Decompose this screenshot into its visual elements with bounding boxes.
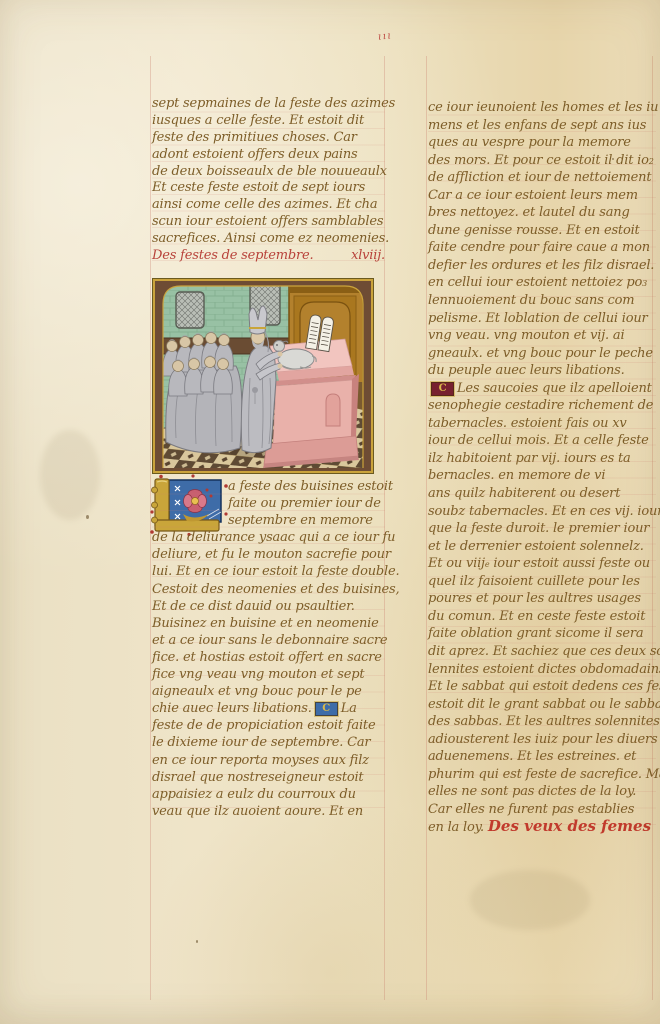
text-line: faite cendre pour faire caue a mon bbox=[428, 239, 656, 257]
text-line: ainsi come celle des azimes. Et cha bbox=[152, 197, 385, 214]
body-text: senophegie cestadire richement de bbox=[428, 397, 653, 415]
text-line: disrael que nostreseigneur estoit bbox=[152, 769, 385, 786]
text-line: Des festes de septembre.xlviij. bbox=[152, 248, 385, 265]
body-text: Et ou viij bbox=[428, 555, 485, 573]
body-text: dit aprez. Et sachiez que ces deux so bbox=[428, 643, 660, 661]
body-text: tabernacles. estoient fais ou xv bbox=[428, 415, 627, 433]
body-text: que la feste duroit. le premier iour bbox=[428, 520, 649, 538]
text-line: Et de ce dist dauid ou psaultier. bbox=[152, 598, 385, 615]
body-text: ilz habitoient par vij. iours es ta bbox=[428, 450, 631, 468]
text-line: lennites estoient dictes obdomadains bbox=[428, 661, 656, 679]
text-line: Et le sabbat qui estoit dedens ces feste… bbox=[428, 678, 656, 696]
paragraph-mark: C bbox=[315, 702, 338, 716]
body-text: deliure, et fu le mouton sacrefie pour bbox=[152, 546, 391, 563]
parchment-smudge bbox=[470, 870, 590, 930]
text-line: pelisme. Et loblation de cellui iour bbox=[428, 310, 656, 328]
body-text: bres nettoyez. et lautel du sang bbox=[428, 204, 630, 222]
parchment-speck bbox=[86, 515, 89, 519]
body-text: estoit dit le grant sabbat ou le sabbat bbox=[428, 696, 660, 714]
text-line: dit aprez. Et sachiez que ces deux so bbox=[428, 643, 656, 661]
body-text: pelisme. Et loblation de cellui iour bbox=[428, 310, 648, 328]
body-text: bernacles. en memore de vi bbox=[428, 467, 605, 485]
body-text: le dixieme iour de septembre. Car bbox=[152, 734, 370, 751]
text-line: lennuoiement du bouc sans com bbox=[428, 292, 656, 310]
text-line: de deux boisseaulx de ble nouueaulx bbox=[152, 164, 385, 181]
body-text: soubz tabernacles. Et en ces vij. iours bbox=[428, 503, 660, 521]
rubric-text: Des festes de septembre. bbox=[152, 248, 313, 265]
text-line: Cestoit des neomenies et des buisines, bbox=[152, 581, 385, 598]
text-line: ques au vespre pour la memore bbox=[428, 134, 656, 152]
body-text: et le derrenier estoient solennelz. bbox=[428, 538, 644, 556]
body-text: appaisiez a eulz du courroux du bbox=[152, 786, 356, 803]
text-line: ce iour ieunoient les homes et les iu bbox=[428, 99, 656, 117]
body-text: phurim qui est feste de sacrefice. Mais bbox=[428, 766, 660, 784]
body-text: Les saucoies que ilz apelloient bbox=[457, 380, 652, 398]
left-column-top-text: sept sepmaines de la feste des azimesius… bbox=[152, 96, 385, 265]
body-text: adont estoient offers deux pains bbox=[152, 147, 358, 164]
body-text: aigneaulx et vng bouc pour le pe bbox=[152, 683, 362, 700]
body-text: ques au vespre pour la memore bbox=[428, 134, 631, 152]
text-line: tabernacles. estoient fais ou xv bbox=[428, 415, 656, 433]
text-line: bernacles. en memore de vi bbox=[428, 467, 656, 485]
folio-mark: ııı bbox=[377, 30, 392, 42]
text-line: feste de de propiciation estoit faite bbox=[152, 717, 385, 734]
body-text: poures et pour les aultres usages bbox=[428, 590, 641, 608]
body-text: Cestoit des neomenies et des buisines, bbox=[152, 581, 399, 598]
parchment-smudge bbox=[40, 430, 100, 520]
body-text: feste de de propiciation estoit faite bbox=[152, 717, 375, 734]
body-text: lennuoiement du bouc sans com bbox=[428, 292, 634, 310]
text-line: ans quilz habiterent ou desert bbox=[428, 485, 656, 503]
text-line: sept sepmaines de la feste des azimes bbox=[152, 96, 385, 113]
body-text: Et le sabbat qui estoit dedens ces feste… bbox=[428, 678, 660, 696]
text-line: et le derrenier estoient solennelz. bbox=[428, 538, 656, 556]
text-line: des mors. Et pour ce estoit il dit io2 bbox=[428, 152, 656, 170]
text-line: Buisinez en buisine et en neomenie bbox=[152, 615, 385, 632]
text-line: phurim qui est feste de sacrefice. Mais bbox=[428, 766, 656, 784]
text-line: vng veau. vng mouton et vij. ai bbox=[428, 327, 656, 345]
text-line: estoit dit le grant sabbat ou le sabbat bbox=[428, 696, 656, 714]
body-text: faite ou premier iour de bbox=[228, 495, 381, 512]
text-line: CLes saucoies que ilz apelloient bbox=[428, 380, 656, 398]
text-line: dune genisse rousse. Et en estoit bbox=[428, 222, 656, 240]
text-line: appaisiez a eulz du courroux du bbox=[152, 786, 385, 803]
body-text: elles ne sont pas dictes de la loy. bbox=[428, 783, 636, 801]
text-line: feste des primitiues choses. Car bbox=[152, 130, 385, 147]
body-text: fice. et hostias estoit offert en sacre bbox=[152, 649, 382, 666]
text-line: du comun. Et en ceste feste estoit bbox=[428, 608, 656, 626]
body-text: iusques a celle feste. Et estoit dit bbox=[152, 113, 364, 130]
text-line: de la deliurance ysaac qui a ce iour fu bbox=[152, 529, 385, 546]
text-line: senophegie cestadire richement de bbox=[428, 397, 656, 415]
text-line: fice vng veau vng mouton et sept bbox=[152, 666, 385, 683]
body-text: du comun. Et en ceste feste estoit bbox=[428, 608, 645, 626]
paragraph-mark: C bbox=[431, 382, 454, 396]
text-line: soubz tabernacles. Et en ces vij. iours bbox=[428, 503, 656, 521]
text-line: le dixieme iour de septembre. Car bbox=[152, 734, 385, 751]
text-line: de affliction et iour de nettoiement bbox=[428, 169, 656, 187]
text-line: Et ceste feste estoit de sept iours bbox=[152, 180, 385, 197]
rubric-text: xlviij. bbox=[351, 248, 385, 265]
text-line: mens et les enfans de sept ans ius bbox=[428, 117, 656, 135]
body-text: ainsi come celle des azimes. Et cha bbox=[152, 197, 377, 214]
text-line: elles ne sont pas dictes de la loy. bbox=[428, 783, 656, 801]
body-text: mens et les enfans de sept ans ius bbox=[428, 117, 646, 135]
body-text: Et ceste feste estoit de sept iours bbox=[152, 180, 365, 197]
body-text: lennites estoient dictes obdomadains bbox=[428, 661, 660, 679]
manuscript-page: ııı sept sepmaines de la feste des azime… bbox=[0, 0, 660, 1024]
text-line: Car elles ne furent pas establies bbox=[428, 801, 656, 819]
body-text: sacrefices. Ainsi come ez neomenies. bbox=[152, 231, 389, 248]
body-text: iour estoit aussi feste ou bbox=[489, 555, 650, 573]
body-text: La bbox=[341, 700, 357, 717]
text-line: iusques a celle feste. Et estoit dit bbox=[152, 113, 385, 130]
body-text: aduenemens. Et les estreines. et bbox=[428, 748, 636, 766]
text-line: gneaulx. et vng bouc pour le peche bbox=[428, 345, 656, 363]
body-text: adiousterent les iuiz pour les diuers bbox=[428, 731, 658, 749]
body-text: quel ilz faisoient cuillete pour les bbox=[428, 573, 640, 591]
text-line: fice. et hostias estoit offert en sacre bbox=[152, 649, 385, 666]
text-line: faite ou premier iour de bbox=[152, 495, 385, 512]
body-text: des sabbas. Et les aultres solennites bbox=[428, 713, 660, 731]
parchment-speck bbox=[196, 940, 198, 943]
body-text: de la deliurance ysaac qui a ce iour fu bbox=[152, 529, 395, 546]
text-line: lui. Et en ce iour estoit la feste doubl… bbox=[152, 563, 385, 580]
ruling-line bbox=[426, 56, 427, 1000]
rubric-text: Des veux des femes bbox=[488, 818, 651, 836]
body-text: a feste des buisines estoit bbox=[228, 478, 393, 495]
body-text: scun iour estoient offers samblables bbox=[152, 214, 383, 231]
text-line: du peuple auec leurs libations. bbox=[428, 362, 656, 380]
body-text: des mors. Et pour ce estoit il dit io bbox=[428, 152, 649, 170]
text-line: Et ou viije iour estoit aussi feste ou bbox=[428, 555, 656, 573]
body-text: dune genisse rousse. Et en estoit bbox=[428, 222, 640, 240]
window-left bbox=[176, 292, 204, 328]
body-text: en ce iour reporta moyses aux filz bbox=[152, 752, 369, 769]
text-line: scun iour estoient offers samblables bbox=[152, 214, 385, 231]
body-text: chie auec leurs libations. bbox=[152, 700, 312, 717]
body-text: du peuple auec leurs libations. bbox=[428, 362, 625, 380]
body-text: sept sepmaines de la feste des azimes bbox=[152, 96, 395, 113]
text-line: quel ilz faisoient cuillete pour les bbox=[428, 573, 656, 591]
body-text: Buisinez en buisine et en neomenie bbox=[152, 615, 379, 632]
body-text: veau que ilz auoient aoure. Et en bbox=[152, 803, 363, 820]
text-line: adont estoient offers deux pains bbox=[152, 147, 385, 164]
text-line: des sabbas. Et les aultres solennites bbox=[428, 713, 656, 731]
text-line: faite oblation grant sicome il sera bbox=[428, 625, 656, 643]
text-line: en ce iour reporta moyses aux filz bbox=[152, 752, 385, 769]
text-line: iour de cellui mois. Et a celle feste bbox=[428, 432, 656, 450]
body-text: Car a ce iour estoient leurs mem bbox=[428, 187, 638, 205]
text-line: bres nettoyez. et lautel du sang bbox=[428, 204, 656, 222]
text-line: ilz habitoient par vij. iours es ta bbox=[428, 450, 656, 468]
body-text: en cellui iour estoient nettoiez po bbox=[428, 274, 642, 292]
body-text: en la loy. bbox=[428, 819, 488, 837]
body-text: feste des primitiues choses. Car bbox=[152, 130, 357, 147]
body-text: Et de ce dist dauid ou psaultier. bbox=[152, 598, 355, 615]
text-line: adiousterent les iuiz pour les diuers bbox=[428, 731, 656, 749]
left-column-body-text: a feste des buisines estoitfaite ou prem… bbox=[152, 478, 385, 820]
text-line: et a ce iour sans le debonnaire sacre bbox=[152, 632, 385, 649]
body-text: de deux boisseaulx de ble nouueaulx bbox=[152, 164, 387, 181]
parchment-speck bbox=[612, 158, 614, 160]
body-text: lui. Et en ce iour estoit la feste doubl… bbox=[152, 563, 399, 580]
text-line: a feste des buisines estoit bbox=[152, 478, 385, 495]
body-text: faite oblation grant sicome il sera bbox=[428, 625, 643, 643]
text-line: aduenemens. Et les estreines. et bbox=[428, 748, 656, 766]
text-line: aigneaulx et vng bouc pour le pe bbox=[152, 683, 385, 700]
miniature-painting bbox=[152, 278, 374, 474]
text-line: que la feste duroit. le premier iour bbox=[428, 520, 656, 538]
body-text: gneaulx. et vng bouc pour le peche bbox=[428, 345, 653, 363]
text-line: sacrefices. Ainsi come ez neomenies. bbox=[152, 231, 385, 248]
body-text: iour de cellui mois. Et a celle feste bbox=[428, 432, 649, 450]
text-line: en la loy. Des veux des femes bbox=[428, 818, 656, 836]
body-text: ans quilz habiterent ou desert bbox=[428, 485, 620, 503]
text-line: deliure, et fu le mouton sacrefie pour bbox=[152, 546, 385, 563]
right-column-text: ce iour ieunoient les homes et les iumen… bbox=[428, 99, 656, 836]
text-line: chie auec leurs libations.CLa bbox=[152, 700, 385, 717]
body-text: disrael que nostreseigneur estoit bbox=[152, 769, 363, 786]
body-text: vng veau. vng mouton et vij. ai bbox=[428, 327, 624, 345]
body-text: Car elles ne furent pas establies bbox=[428, 801, 634, 819]
text-line: septembre en memore bbox=[152, 512, 385, 529]
body-text: ce iour ieunoient les homes et les iu bbox=[428, 99, 658, 117]
text-line: en cellui iour estoient nettoiez po3 bbox=[428, 274, 656, 292]
body-text: defier les ordures et les filz disrael. bbox=[428, 257, 654, 275]
body-text: fice vng veau vng mouton et sept bbox=[152, 666, 364, 683]
body-text: et a ce iour sans le debonnaire sacre bbox=[152, 632, 387, 649]
text-line: poures et pour les aultres usages bbox=[428, 590, 656, 608]
text-line: Car a ce iour estoient leurs mem bbox=[428, 187, 656, 205]
body-text: septembre en memore bbox=[228, 512, 373, 529]
body-text: faite cendre pour faire caue a mon bbox=[428, 239, 650, 257]
crowd-figures bbox=[163, 331, 242, 453]
body-text: de affliction et iour de nettoiement bbox=[428, 169, 651, 187]
text-line: veau que ilz auoient aoure. Et en bbox=[152, 803, 385, 820]
text-line: defier les ordures et les filz disrael. bbox=[428, 257, 656, 275]
